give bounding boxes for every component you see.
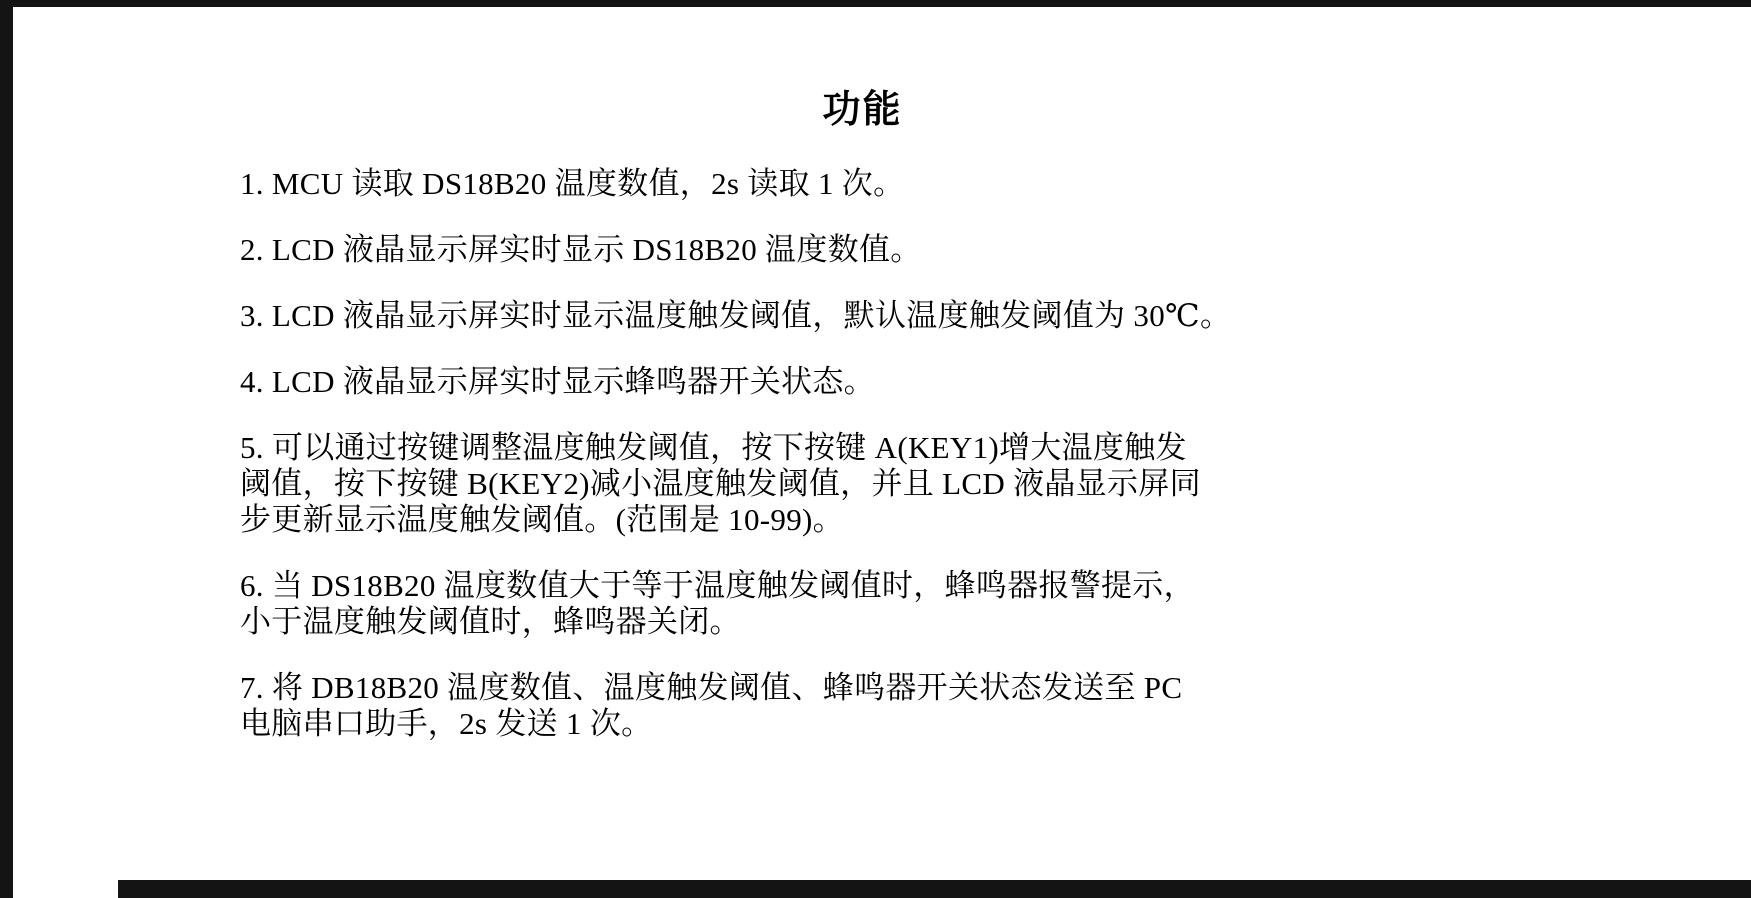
page-border-bottom [118,880,1751,898]
page-border-top [0,0,1751,7]
page-border-left [0,0,13,898]
function-list-item-5: 5. 可以通过按键调整温度触发阈值，按下按键 A(KEY1)增大温度触发 阈值，… [240,430,1370,538]
function-list-item-1: 1. MCU 读取 DS18B20 温度数值，2s 读取 1 次。 [240,166,1370,202]
function-list-item-3: 3. LCD 液晶显示屏实时显示温度触发阈值，默认温度触发阈值为 30℃。 [240,298,1370,334]
document-page: 功能 1. MCU 读取 DS18B20 温度数值，2s 读取 1 次。 2. … [0,0,1751,898]
document-content: 功能 1. MCU 读取 DS18B20 温度数值，2s 读取 1 次。 2. … [240,86,1370,772]
function-list-item-7: 7. 将 DB18B20 温度数值、温度触发阈值、蜂鸣器开关状态发送至 PC 电… [240,670,1370,742]
page-title: 功能 [240,86,1370,134]
function-list-item-4: 4. LCD 液晶显示屏实时显示蜂鸣器开关状态。 [240,364,1370,400]
function-list-item-2: 2. LCD 液晶显示屏实时显示 DS18B20 温度数值。 [240,232,1370,268]
function-list-item-6: 6. 当 DS18B20 温度数值大于等于温度触发阈值时，蜂鸣器报警提示， 小于… [240,568,1370,640]
